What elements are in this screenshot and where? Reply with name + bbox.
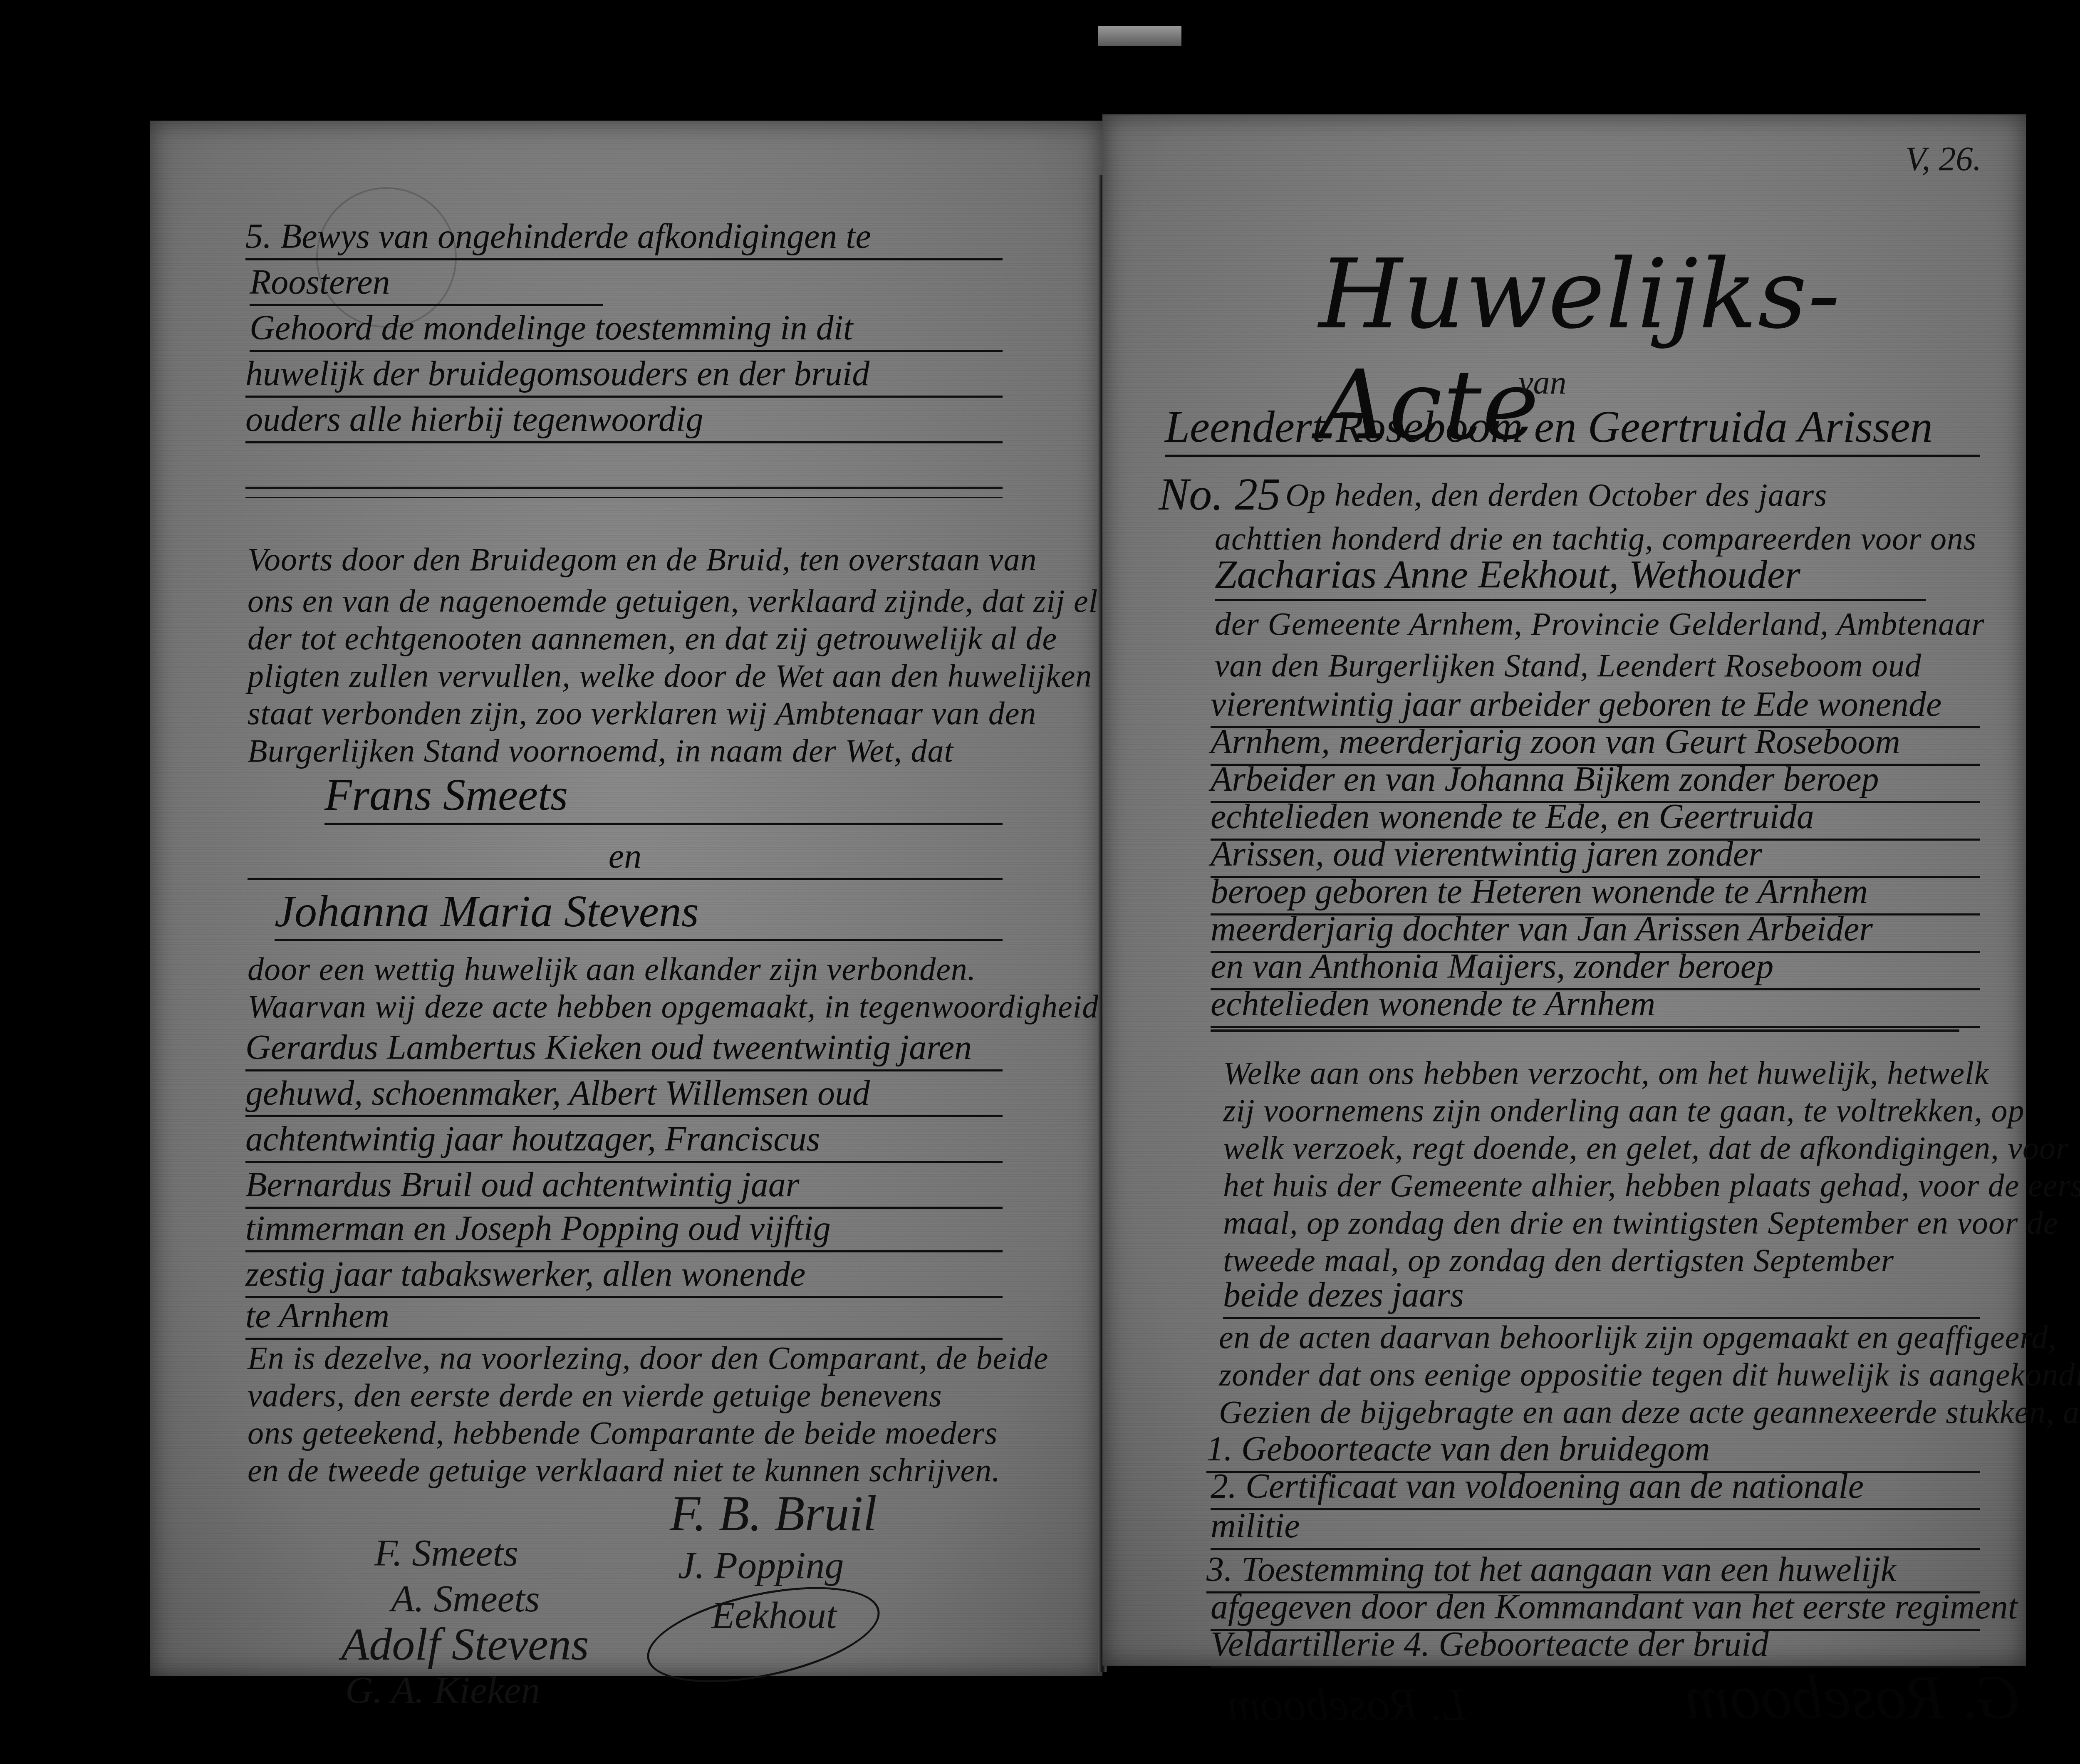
declaration-line: Voorts door den Bruidegom en de Bruid, t… [248, 541, 1102, 578]
request-line: het huis der Gemeente alhier, hebben pla… [1223, 1167, 2026, 1204]
annex-item: 2. Certificaat van voldoening aan de nat… [1211, 1466, 1980, 1510]
page-number: V, 26. [1905, 139, 1981, 178]
signature-g-kieken: G. A. Kieken [345, 1668, 540, 1712]
bleed-through-signature: L. Roseboom [1227, 1678, 1466, 1731]
officer-name: Zacharias Anne Eekhout, Wethouder [1215, 551, 1926, 601]
van-label: van [1518, 364, 1567, 402]
annex-item: militie [1211, 1506, 1980, 1550]
request-line: maal, op zondag den drie en twintigsten … [1223, 1204, 2026, 1242]
body-line: van den Burgerlijken Stand, Leendert Ros… [1215, 647, 2026, 684]
request-line: Welke aan ons hebben verzocht, om het hu… [1223, 1054, 2026, 1092]
declaration-line: staat verbonden zijn, zoo verklaren wij … [248, 695, 1102, 732]
witness-line: Gerardus Lambertus Kieken oud tweentwint… [245, 1027, 1003, 1071]
left-page: 5. Bewys van ongehinderde afkondigingen … [150, 121, 1102, 1676]
right-page: V, 26. Huwelijks-Acte van Leendert Roseb… [1102, 114, 2026, 1666]
closing-line: ons geteekend, hebbende Comparante de be… [248, 1414, 1102, 1452]
attest-line: en de acten daarvan behoorlijk zijn opge… [1219, 1319, 2026, 1356]
witness-line: Waarvan wij deze acte hebben opgemaakt, … [248, 988, 1102, 1025]
closing-line: vaders, den eerste derde en vierde getui… [248, 1377, 1102, 1414]
attest-line: zonder dat ons eenige oppositie tegen di… [1219, 1356, 2026, 1393]
body-line: Op heden, den derden October des jaars [1285, 476, 2026, 514]
witness-line: te Arnhem [245, 1296, 1003, 1340]
request-line: zij voornemens zijn onderling aan te gaa… [1223, 1092, 2026, 1129]
request-line: tweede maal, op zondag den dertigsten Se… [1223, 1242, 2026, 1279]
annex-line-5: 5. Bewys van ongehinderde afkondigingen … [245, 216, 1003, 260]
witness-line: Bernardus Bruil oud achtentwintig jaar [245, 1165, 1003, 1209]
witness-line: zestig jaar tabakswerker, allen wonende [245, 1254, 1003, 1298]
witness-line: achtentwintig jaar houtzager, Franciscus [245, 1119, 1003, 1163]
annex-line-8: ouders alle hierbij tegenwoordig [245, 399, 1003, 443]
separator-rule [1211, 1029, 1959, 1032]
attest-line: Gezien de bijgebragte en aan deze acte g… [1219, 1393, 2026, 1431]
bound-line: door een wettig huwelijk aan elkander zi… [248, 950, 1102, 988]
witness-line: timmerman en Joseph Popping oud vijftig [245, 1208, 1003, 1252]
body-line: echtelieden wonende te Arnhem [1211, 984, 1980, 1028]
closing-line: En is dezelve, na voorlezing, door den C… [248, 1339, 1102, 1377]
declaration-line: Burgerlijken Stand voornoemd, in naam de… [248, 732, 1102, 769]
annex-line-7: huwelijk der bruidegomsouders en der bru… [245, 354, 1003, 398]
groom-name: Frans Smeets [324, 769, 1003, 825]
bleed-through-signature: G. Roseboom [1685, 1662, 2021, 1733]
signature-a-smeets: A. Smeets [391, 1576, 540, 1621]
request-line: welk verzoek, regt doende, en gelet, dat… [1223, 1129, 2026, 1167]
closing-line: en de tweede getuige verklaard niet te k… [248, 1452, 1102, 1489]
declaration-line: der tot echtgenooten aannemen, en dat zi… [248, 620, 1102, 657]
couple-heading: Leendert Roseboom en Geertruida Arissen [1165, 401, 1980, 457]
en-label: en [248, 836, 1003, 880]
signature-popping: J. Popping [678, 1543, 844, 1587]
annex-line-6: Gehoord de mondelinge toestemming in dit [250, 308, 1003, 352]
declaration-line: ons en van de nagenoemde getuigen, verkl… [248, 582, 1102, 620]
signature-f-smeets: F. Smeets [374, 1531, 518, 1575]
separator-rule [245, 487, 1003, 489]
annex-line-5b: Roosteren [250, 262, 603, 306]
separator-rule-thin [245, 497, 1003, 498]
request-line: beide dezes jaars [1223, 1275, 1980, 1319]
signature-adolf-stevens: Adolf Stevens [341, 1618, 589, 1671]
witness-line: gehuwd, schoenmaker, Albert Willemsen ou… [245, 1073, 1003, 1117]
declaration-line: pligten zullen vervullen, welke door de … [248, 657, 1102, 695]
scanner-tab-marker [1098, 26, 1181, 46]
body-line: der Gemeente Arnhem, Provincie Gelderlan… [1215, 605, 2026, 643]
bride-name: Johanna Maria Stevens [275, 886, 1003, 941]
signature-bruil: F. B. Bruil [670, 1485, 877, 1542]
eekhout-flourish [639, 1569, 888, 1700]
